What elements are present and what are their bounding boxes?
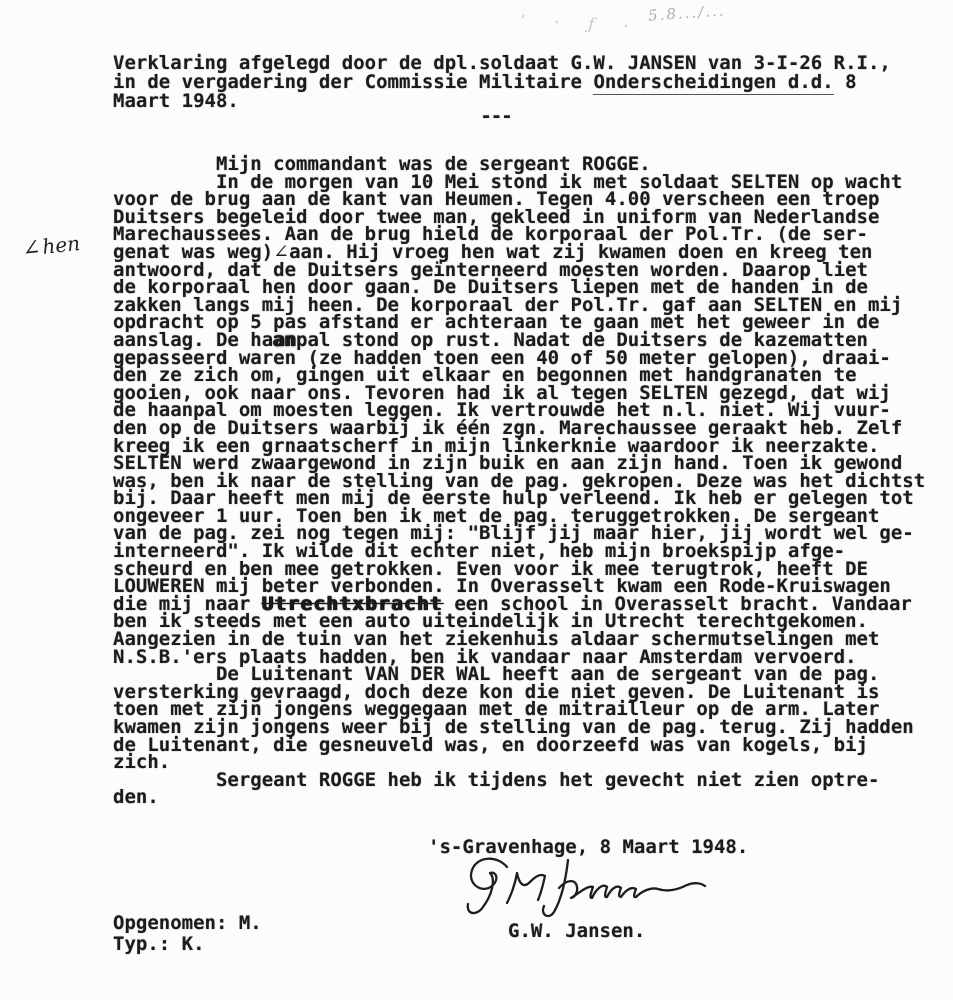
document-page: ’ · ƒ · 5.8.../... Verklaring afgelegd d… (0, 0, 953, 1000)
statement-body: Mijn commandant was de sergeant ROGGE. I… (113, 156, 925, 807)
insertion-caret-icon: ∠ (21, 235, 42, 262)
recorded-by-line: Opgenomen: M. (113, 912, 262, 934)
typist-line: Typ.: K. (113, 933, 205, 955)
signature-handwriting (455, 851, 735, 921)
typed-name: G.W. Jansen. (508, 920, 645, 942)
pencil-archive-note: 5.8.../... (647, 1, 726, 24)
text-line: den. (113, 789, 925, 807)
text-line: Sergeant ROGGE heb ik tijdens het gevech… (113, 772, 925, 790)
pencil-scribble: ’ · ƒ · (520, 11, 641, 36)
text-line: de Luitenant, die gesneuveld was, en doo… (113, 737, 925, 755)
section-divider: --- (426, 105, 566, 127)
document-header: Verklaring afgelegd door de dpl.soldaat … (113, 54, 891, 111)
margin-annotation: ∠hen (21, 231, 81, 262)
margin-note-text: hen (41, 231, 81, 259)
underlined-text: Onderscheidingen d.d. (593, 71, 833, 95)
header-text: 8 (834, 71, 857, 93)
